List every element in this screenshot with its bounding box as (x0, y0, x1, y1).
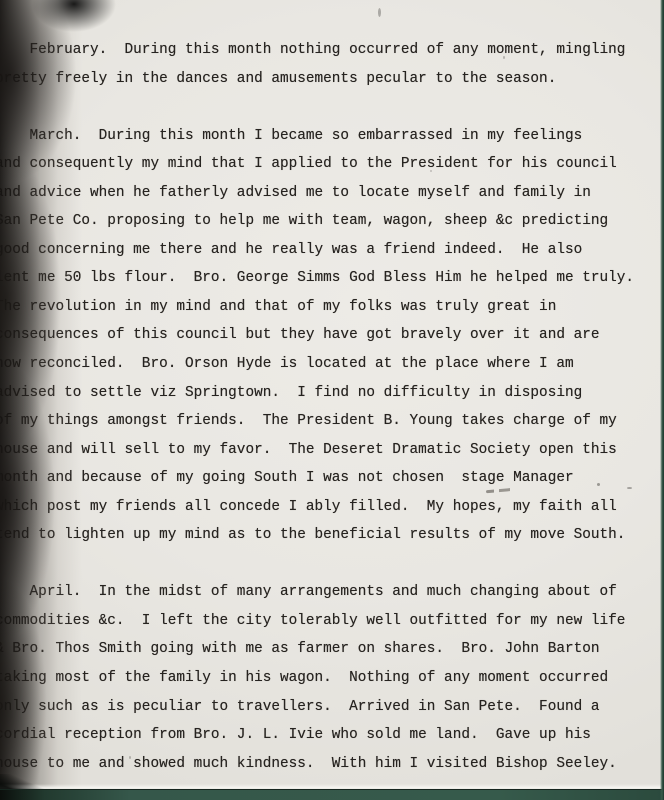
paragraph-march: March. During this month I became so emb… (0, 122, 664, 550)
text-line: now reconciled. Bro. Orson Hyde is locat… (0, 350, 664, 379)
text-line: pretty freely in the dances and amusemen… (0, 65, 664, 94)
paper-speck (430, 170, 432, 172)
text-line: commodities &c. I left the city tolerabl… (0, 607, 664, 636)
text-line: March. During this month I became so emb… (0, 122, 664, 151)
text-line: taking most of the family in his wagon. … (0, 664, 664, 693)
paper-speck (508, 305, 510, 307)
text-line: of my things amongst friends. The Presid… (0, 407, 664, 436)
text-line: April. In the midst of many arrangements… (0, 578, 664, 607)
text-line: advised to settle viz Springtown. I find… (0, 379, 664, 408)
paragraph-april: April. In the midst of many arrangements… (0, 578, 664, 778)
text-line: good concerning me there and he really w… (0, 236, 664, 265)
paper-speck (597, 483, 600, 486)
text-line: only such as is peculiar to travellers. … (0, 693, 664, 722)
text-line: and advice when he fatherly advised me t… (0, 179, 664, 208)
text-line: & Bro. Thos Smith going with me as farme… (0, 635, 664, 664)
text-line: The revolution in my mind and that of my… (0, 293, 664, 322)
scanner-background-edge-right (660, 0, 664, 800)
text-line: cordial reception from Bro. J. L. Ivie w… (0, 721, 664, 750)
paper-speck (627, 487, 632, 489)
paper-speck (503, 56, 505, 59)
text-line: tend to lighten up my mind as to the ben… (0, 521, 664, 550)
text-line: San Pete Co. proposing to help me with t… (0, 207, 664, 236)
text-line: and consequently my mind that I applied … (0, 150, 664, 179)
text-line: house and will sell to my favor. The Des… (0, 436, 664, 465)
document-text: February. During this month nothing occu… (0, 36, 664, 800)
text-line: house to me and showed much kindness. Wi… (0, 750, 664, 779)
text-line: which post my friends all concede I ably… (0, 493, 664, 522)
paragraph-february: February. During this month nothing occu… (0, 36, 664, 93)
text-line: month and because of my going South I wa… (0, 464, 664, 493)
text-line: February. During this month nothing occu… (0, 36, 664, 65)
scanner-background-strip-bottom (0, 789, 664, 800)
scanned-page: February. During this month nothing occu… (0, 0, 664, 800)
text-line: consequences of this council but they ha… (0, 321, 664, 350)
paper-speck (378, 8, 381, 17)
text-line: lent me 50 lbs flour. Bro. George Simms … (0, 264, 664, 293)
paper-speck (129, 756, 131, 759)
